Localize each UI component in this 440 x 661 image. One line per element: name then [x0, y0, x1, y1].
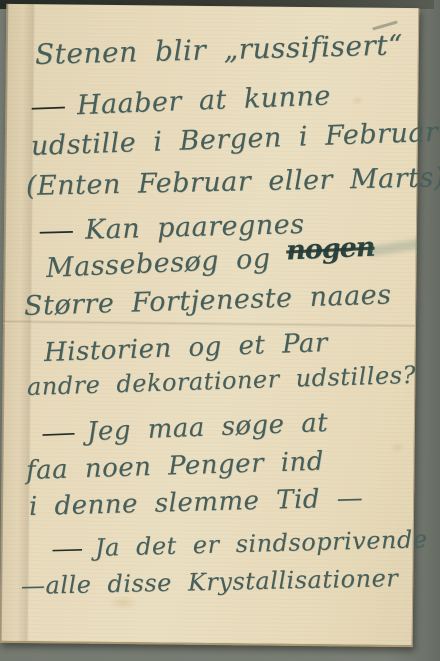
handwriting-line: —alle disse Krystallisationer [21, 564, 399, 600]
em-dash-stroke: — [38, 215, 75, 247]
handwriting-line: —Jeg maa søge at [40, 408, 328, 449]
handwriting-layer: Stenen blir „russifisert“ —Haaber at kun… [0, 0, 440, 661]
handwriting-line: udstille i Bergen i Februar [30, 117, 438, 162]
em-dash-stroke: — [29, 91, 67, 123]
handwriting-line: Historien og et Par [43, 328, 328, 368]
handwriting-text: Haaber at kunne [76, 80, 331, 121]
handwriting-line: —Kan paaregnes [38, 209, 305, 247]
handwriting-line: Større Fortjeneste naaes [24, 279, 392, 322]
handwriting-text: Jeg maa søge at [86, 408, 328, 447]
handwriting-line: andre dekorationer udstilles? [27, 361, 417, 401]
handwriting-text: Større Fortjeneste naaes [24, 279, 392, 322]
handwriting-text: —alle disse Krystallisationer [21, 564, 399, 600]
handwriting-line: Stenen blir „russifisert“ [35, 28, 404, 71]
handwriting-line: (Enten Februar eller Marts) [26, 162, 440, 202]
handwriting-text: udstille i Bergen i Februar [30, 117, 438, 162]
handwriting-text: Ja det er sindsoprivende [95, 525, 428, 562]
handwriting-text: Stenen blir „russifisert“ [35, 28, 404, 71]
handwriting-line: —Haaber at kunne [29, 80, 331, 123]
em-dash-stroke: — [51, 534, 84, 563]
em-dash-stroke: — [40, 418, 76, 449]
handwriting-text: Kan paaregnes [85, 209, 305, 246]
handwriting-text: Historien og et Par [43, 328, 328, 368]
handwriting-line: faa noen Penger ind [26, 447, 325, 486]
scan-background: Stenen blir „russifisert“ —Haaber at kun… [0, 0, 440, 661]
handwriting-text: i denne slemme Tid — [29, 483, 364, 522]
handwriting-text: (Enten Februar eller Marts) [26, 162, 440, 202]
handwriting-text: andre dekorationer udstilles? [27, 361, 417, 401]
handwriting-line: —Ja det er sindsoprivende [51, 525, 428, 563]
handwriting-text: Massebesøg og [45, 243, 271, 284]
handwriting-text: faa noen Penger ind [26, 447, 325, 486]
handwriting-line: i denne slemme Tid — [29, 483, 364, 522]
struck-word: nogen [286, 232, 376, 267]
